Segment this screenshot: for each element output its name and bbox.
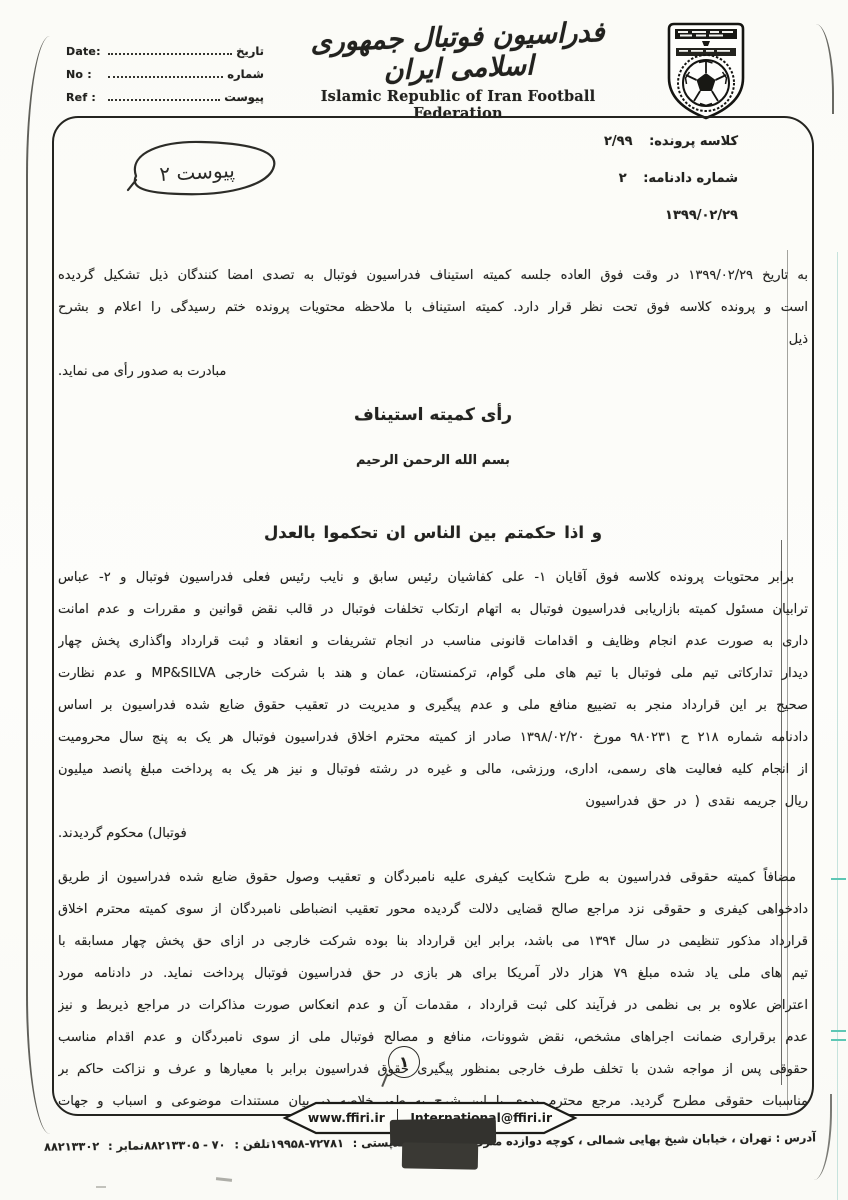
appeal-analysis-paragraph: مضافاً کمیته حقوقی فدراسیون به طرح شکایت… — [58, 862, 808, 1110]
dotted-fill-line — [108, 98, 220, 101]
verdict-number-value: ۲ — [619, 171, 627, 186]
case-info-block: کلاسه پرونده: ۲/۹۹ شماره دادنامه: ۲ ۱۳۹۹… — [604, 134, 738, 245]
bismillah-line: بسم الله الرحمن الرحیم — [58, 445, 808, 477]
scanner-tick — [831, 1030, 846, 1032]
case-class-label: کلاسه پرونده: — [649, 134, 738, 149]
federation-logo-emblem — [658, 20, 754, 124]
verdict-number-label: شماره دادنامه: — [643, 171, 738, 186]
federation-title-persian: فدراسیون فوتبال جمهوری اسلامی ایران — [282, 16, 634, 90]
handwritten-note-text: پیوست ۲ — [104, 129, 290, 214]
number-field-row: No : شماره — [66, 67, 264, 81]
right-top-bracket — [814, 24, 834, 114]
case-class-value: ۲/۹۹ — [604, 134, 633, 149]
scanner-tick — [831, 1039, 846, 1041]
document-body: به تاریخ ۱۳۹۹/۰۲/۲۹ در وقت فوق العاده جل… — [58, 260, 808, 1110]
intro-paragraph: به تاریخ ۱۳۹۹/۰۲/۲۹ در وقت فوق العاده جل… — [58, 260, 808, 356]
session-date: ۱۳۹۹/۰۲/۲۹ — [604, 208, 738, 223]
verdict-paragraph: برابر محتویات پرونده کلاسه فوق آقایان ۱-… — [58, 562, 808, 818]
dotted-fill-line — [108, 75, 223, 78]
dotted-fill-line — [108, 52, 232, 55]
website-text: www.ffiri.ir — [308, 1111, 385, 1125]
ref-label-fa: پیوست — [224, 90, 264, 104]
date-label-fa: تاریخ — [236, 44, 264, 58]
number-label-en: No : — [66, 68, 104, 81]
intro-paragraph-tail: مبادرت به صدور رأی می نماید. — [58, 356, 808, 388]
case-class-row: کلاسه پرونده: ۲/۹۹ — [604, 134, 738, 149]
left-margin-bracket — [26, 36, 52, 1134]
scan-stray-mark — [216, 1177, 232, 1182]
handwritten-attachment-note: پیوست ۲ — [106, 134, 288, 210]
letterhead-reference-block: Date: تاریخ No : شماره Ref : پیوست — [66, 44, 264, 113]
phone-number: تلفن : ۸۸۲۱۳۳۰۵ - ۷۰ — [144, 1138, 270, 1153]
postal-code: کدپستی : ۱۹۹۵۸-۷۲۷۸۱ — [270, 1136, 406, 1151]
verdict-number-row: شماره دادنامه: ۲ — [604, 171, 738, 186]
date-field-row: Date: تاریخ — [66, 44, 264, 58]
fax-number: نمابر : ۸۸۲۱۳۳۰۲ — [44, 1139, 144, 1153]
verdict-paragraph-tail: فوتبال) محکوم گردیدند. — [58, 818, 808, 850]
redaction-mark — [402, 1142, 478, 1169]
scanner-edge-line — [837, 252, 838, 1200]
scan-stray-mark — [96, 1186, 106, 1188]
ref-label-en: Ref : — [66, 91, 104, 104]
scanned-document-page: Date: تاریخ No : شماره Ref : پیوست فدراس… — [0, 0, 848, 1200]
number-label-fa: شماره — [227, 67, 264, 81]
shield-emblem-icon — [658, 20, 754, 124]
date-label-en: Date: — [66, 45, 104, 58]
quran-verse: و اذا حکمتم بین الناس ان تحکموا بالعدل — [58, 517, 808, 549]
ref-field-row: Ref : پیوست — [66, 90, 264, 104]
scanner-tick — [831, 878, 846, 880]
ruling-heading: رأی کمیته استیناف — [58, 399, 808, 431]
